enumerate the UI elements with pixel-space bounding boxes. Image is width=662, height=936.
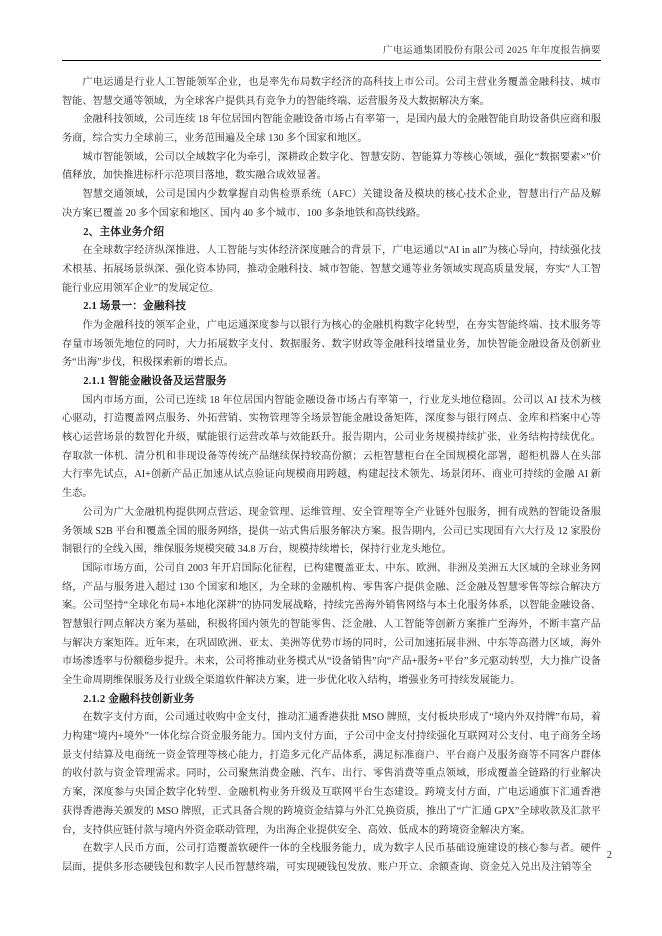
para-domestic-market: 国内市场方面，公司已连续 18 年位居国内智能金融设备市场占有率第一，行业龙头地… — [62, 392, 601, 504]
heading-fintech-innovation-business: 2.1.2 金融科技创新业务 — [62, 691, 601, 710]
para-company-overview: 广电运通是行业人工智能领军企业，也是率先布局数字经济的高科技上市公司。公司主营业… — [62, 74, 601, 111]
heading-smart-finance-equipment-services: 2.1.1 智能金融设备及运营服务 — [62, 373, 601, 392]
para-digital-rmb: 在数字人民币方面，公司打造覆盖软硬件一体的全栈服务能力，成为数字人民币基础设施建… — [62, 840, 601, 877]
page-footer: 2 — [607, 850, 612, 861]
annual-report-summary-page: 广电运通集团股份有限公司 2025 年年度报告摘要 广电运通是行业人工智能领军企… — [0, 0, 662, 936]
para-international-market: 国际市场方面，公司自 2003 年开启国际化征程，已构建覆盖亚太、中东、欧洲、非… — [62, 560, 601, 691]
header-divider-rule — [62, 60, 601, 61]
para-fintech-domain: 金融科技领域，公司连续 18 年位居国内智能金融设备市场占有率第一，是国内最大的… — [62, 111, 601, 148]
heading-main-business-intro: 2、主体业务介绍 — [62, 224, 601, 243]
document-body: 广电运通是行业人工智能领军企业，也是率先布局数字经济的高科技上市公司。公司主营业… — [62, 74, 601, 878]
para-outsourcing-services: 公司为广大金融机构提供网点营运、现金管理、运维管理、安全管理等全产业链外包服务，… — [62, 504, 601, 560]
para-digital-payment: 在数字支付方面，公司通过收购中金支付，推动汇通香港获批 MSO 牌照，支付板块形… — [62, 709, 601, 840]
report-header-title: 广电运通集团股份有限公司 2025 年年度报告摘要 — [62, 42, 601, 56]
para-city-intelligence-domain: 城市智能领域，公司以全域数字化为牵引，深耕政企数字化、智慧安防、智能算力等核心领… — [62, 149, 601, 186]
page-header: 广电运通集团股份有限公司 2025 年年度报告摘要 — [62, 42, 601, 61]
para-smart-transport-domain: 智慧交通领域，公司是国内少数掌握自动售检票系统（AFC）关键设备及模块的核心技术… — [62, 186, 601, 223]
page-number: 2 — [607, 850, 612, 861]
heading-scene-one-fintech: 2.1 场景一：金融科技 — [62, 298, 601, 317]
para-fintech-leader: 作为金融科技的领军企业，广电运通深度参与以银行为核心的金融机构数字化转型，在夯实… — [62, 317, 601, 373]
para-ai-in-all-strategy: 在全球数字经济纵深推进、人工智能与实体经济深度融合的背景下，广电运通以“AI i… — [62, 242, 601, 298]
